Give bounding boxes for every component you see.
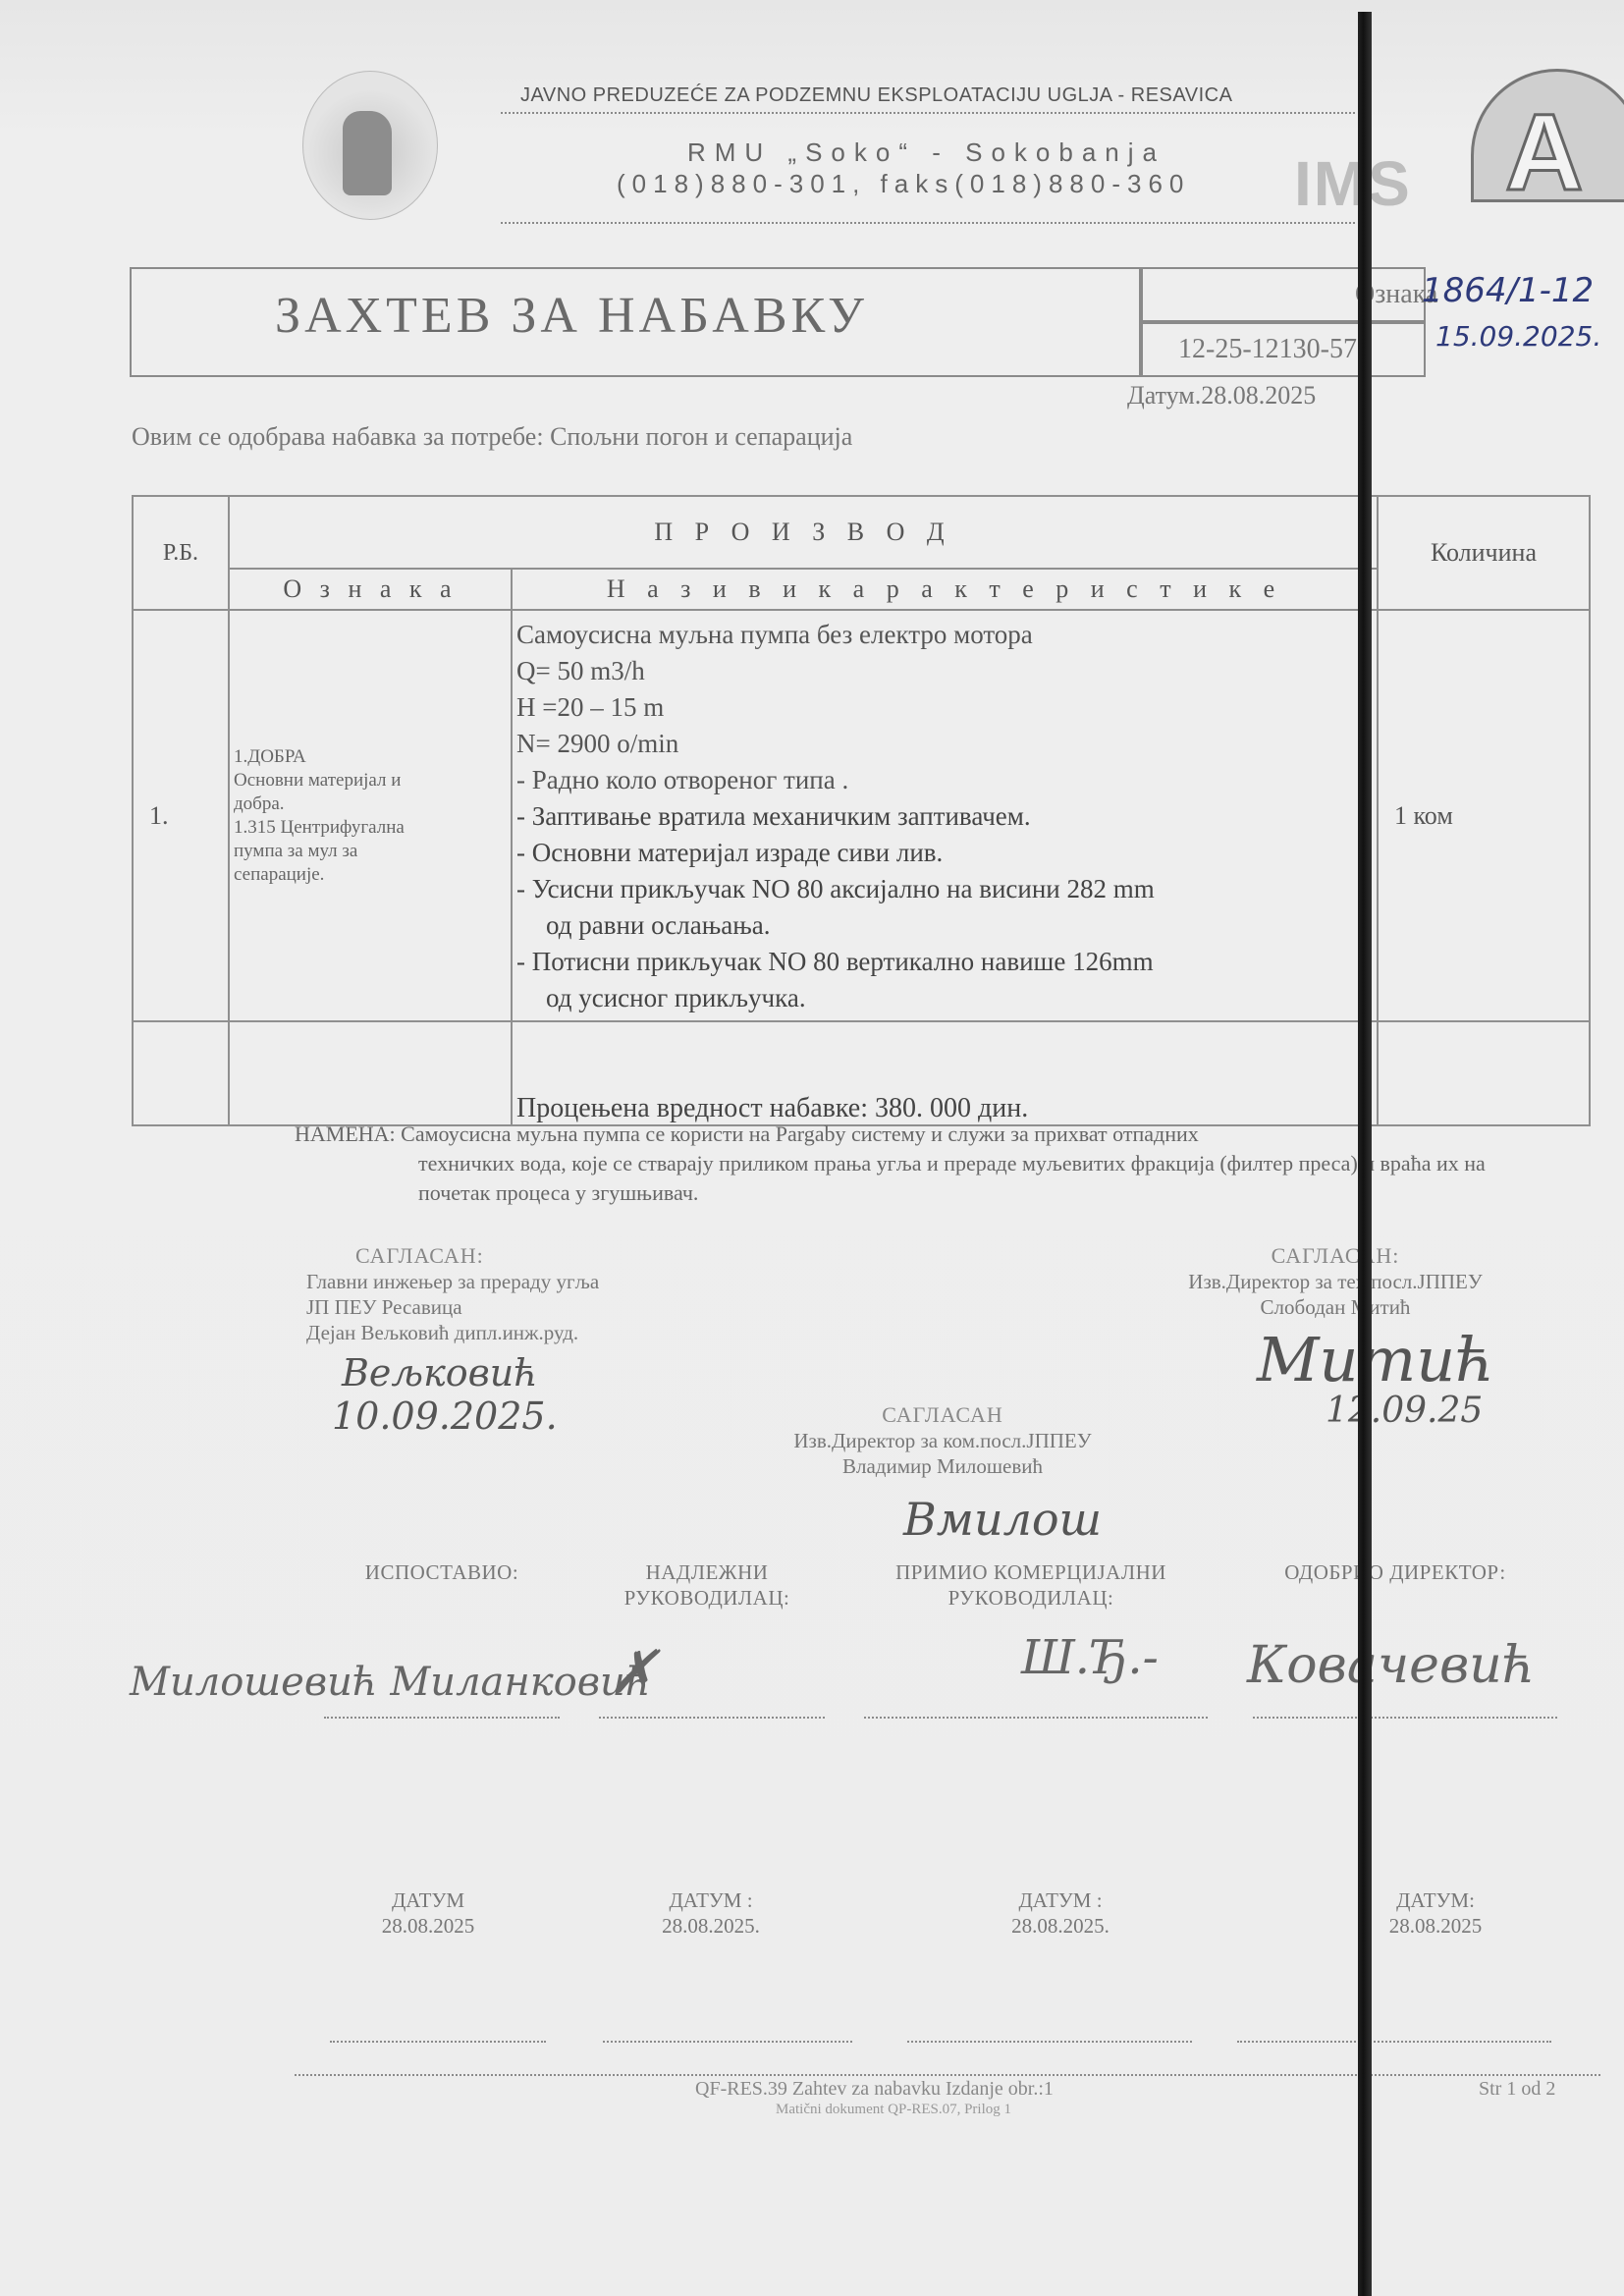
date-label: ДАТУМ	[359, 1887, 497, 1913]
date-label: ДАТУМ :	[992, 1887, 1129, 1913]
description-line: N= 2900 o/min	[516, 726, 1373, 762]
handwritten-registry-number: 1864/1-12	[1422, 271, 1594, 310]
document-date: Датум.28.08.2025	[1127, 381, 1316, 410]
ims-logo-text: IMS	[1294, 147, 1412, 220]
description-line: Q= 50 m3/h	[516, 653, 1373, 689]
date-line	[603, 2041, 852, 2043]
approval-middle: САГЛАСАН Изв.Директор за ком.посл.ЈППЕУ …	[736, 1402, 1149, 1479]
footer-rule	[295, 2074, 1600, 2076]
date-manager: ДАТУМ : 28.08.2025.	[642, 1887, 780, 1939]
date-director: ДАТУМ: 28.08.2025	[1367, 1887, 1504, 1939]
unit-name: RMU „Soko“ - Sokobanja	[687, 137, 1165, 168]
row-mark: 1.ДОБРА Основни материјал и добра. 1.315…	[229, 610, 512, 1021]
date-value: 28.08.2025	[359, 1913, 497, 1939]
date-value: 28.08.2025	[1367, 1913, 1504, 1939]
approval-left: САГЛАСАН: Главни инжењер за прераду угља…	[306, 1243, 599, 1345]
organization-name: JAVNO PREDUZEĆE ZA PODZEMNU EKSPLOATACIJ…	[520, 84, 1232, 107]
approval-left-line: Дејан Вељковић дипл.инж.руд.	[306, 1320, 599, 1345]
mark-line: добра.	[234, 793, 507, 816]
document-page: JAVNO PREDUZEĆE ZA PODZEMNU EKSPLOATACIJ…	[0, 0, 1624, 2296]
description-line: - Радно коло отвореног типа .	[516, 762, 1373, 798]
signature-line	[599, 1717, 825, 1719]
approval-middle-line: Изв.Директор за ком.посл.ЈППЕУ	[736, 1428, 1149, 1453]
approval-right-header: САГЛАСАН:	[1129, 1243, 1542, 1269]
approval-right-line: Изв.Директор за тех.посл.ЈППЕУ	[1129, 1269, 1542, 1294]
header-name: Н а з и в и к а р а к т е р и с т и к е	[512, 569, 1378, 610]
handwritten-registry-date: 15.09.2025.	[1435, 320, 1601, 353]
date-issued-by: ДАТУМ 28.08.2025	[359, 1887, 497, 1939]
purpose-label: НАМЕНА:	[295, 1121, 396, 1146]
header-quantity: Количина	[1378, 496, 1590, 610]
approval-left-header: САГЛАСАН:	[306, 1243, 599, 1269]
approval-middle-line: Владимир Милошевић	[736, 1453, 1149, 1479]
header-rule-top	[501, 112, 1355, 114]
signature-issued-by: Милошевић Миланковић	[130, 1660, 651, 1705]
date-value: 28.08.2025.	[992, 1913, 1129, 1939]
footer-form-id: QF-RES.39 Zahtev za nabavku Izdanje obr.…	[695, 2078, 1054, 2101]
empty-cell	[1378, 1021, 1590, 1125]
header-product: П Р О И З В О Д	[229, 496, 1378, 569]
signature-line	[1253, 1717, 1557, 1719]
date-line	[330, 2041, 546, 2043]
date-label: ДАТУМ:	[1367, 1887, 1504, 1913]
description-line: од равни ослањања.	[516, 907, 1373, 944]
approval-left-line: ЈП ПЕУ Ресавица	[306, 1294, 599, 1320]
header-rb: Р.Б.	[133, 496, 229, 610]
header-mark: О з н а к а	[229, 569, 512, 610]
approval-left-line: Главни инжењер за прераду угља	[306, 1269, 599, 1294]
date-line	[1237, 2041, 1551, 2043]
scan-artifact-bar	[1358, 12, 1372, 2296]
date-value: 28.08.2025.	[642, 1913, 780, 1939]
row-number: 1.	[133, 610, 229, 1021]
estimated-value: Процењена вредност набавке: 380. 000 дин…	[512, 1021, 1378, 1125]
header-rule-bottom	[501, 222, 1355, 224]
approval-middle-header: САГЛАСАН	[736, 1402, 1149, 1428]
signature-manager: ✗	[609, 1638, 658, 1707]
approval-right-line: Слободан Митић	[1129, 1294, 1542, 1320]
approval-right: САГЛАСАН: Изв.Директор за тех.посл.ЈППЕУ…	[1129, 1243, 1542, 1320]
empty-cell	[133, 1021, 229, 1125]
signature-director: Ковачевић	[1247, 1636, 1535, 1695]
mark-line: Основни материјал и	[234, 769, 507, 793]
mark-line: 1.315 Центрифугална	[234, 816, 507, 840]
signature-commercial-manager: Ш.Ђ.-	[1021, 1630, 1159, 1685]
row-description: Самоусисна муљна пумпа без електро мотор…	[512, 610, 1378, 1021]
footer-page-number: Str 1 od 2	[1479, 2078, 1555, 2101]
phone-fax: (018)880-301, faks(018)880-360	[617, 169, 1190, 199]
signature-line	[324, 1717, 560, 1719]
mark-line: сепарације.	[234, 863, 507, 887]
mark-line: пумпа за мул за	[234, 840, 507, 863]
role-issued-by: ИСПОСТАВИО:	[334, 1559, 550, 1585]
signature-line	[864, 1717, 1208, 1719]
description-line: - Основни материјал израде сиви лив.	[516, 835, 1373, 871]
description-line: - Заптивање вратила механичким заптиваче…	[516, 798, 1373, 835]
role-director: ОДОБРИО ДИРЕКТОР:	[1233, 1559, 1557, 1585]
role-commercial-manager: ПРИМИО КОМЕРЦИЈАЛНИ РУКОВОДИЛАЦ:	[854, 1559, 1208, 1611]
letter-a-emblem-icon: A	[1471, 69, 1624, 202]
signature-right: Митић	[1257, 1324, 1494, 1395]
miner-emblem-icon	[302, 71, 438, 220]
date-line	[907, 2041, 1192, 2043]
document-code: 12-25-12130-57	[1178, 334, 1357, 365]
signature-middle: Вмилош	[903, 1493, 1102, 1546]
date-commercial-manager: ДАТУМ : 28.08.2025.	[992, 1887, 1129, 1939]
role-manager: НАДЛЕЖНИ РУКОВОДИЛАЦ:	[589, 1559, 825, 1611]
description-line: Самоусисна муљна пумпа без електро мотор…	[516, 617, 1373, 653]
purpose-text-first: Самоусисна муљна пумпа се користи на Par…	[401, 1121, 1199, 1146]
items-table: Р.Б. П Р О И З В О Д Количина О з н а к …	[132, 495, 1591, 1126]
footer-parent-doc: Matični dokument QP-RES.07, Prilog 1	[776, 2102, 1011, 2118]
description-line: H =20 – 15 m	[516, 689, 1373, 726]
description-line: од усисног прикључка.	[516, 980, 1373, 1016]
date-label: ДАТУМ :	[642, 1887, 780, 1913]
signature-left: Вељковић	[342, 1351, 538, 1394]
mark-line: 1.ДОБРА	[234, 745, 507, 769]
document-title: ЗАХТЕВ ЗА НАБАВКУ	[130, 287, 1013, 345]
description-line: - Потисни прикључак NO 80 вертикално нав…	[516, 944, 1373, 980]
row-quantity: 1 ком	[1378, 610, 1590, 1021]
signature-right-date: 12.09.25	[1326, 1391, 1483, 1431]
approval-purpose-line: Овим се одобрава набавка за потребе: Спо…	[132, 422, 852, 452]
signature-left-date: 10.09.2025.	[332, 1394, 558, 1438]
empty-cell	[229, 1021, 512, 1125]
description-line: - Усисни прикључак NO 80 аксијално на ви…	[516, 871, 1373, 907]
